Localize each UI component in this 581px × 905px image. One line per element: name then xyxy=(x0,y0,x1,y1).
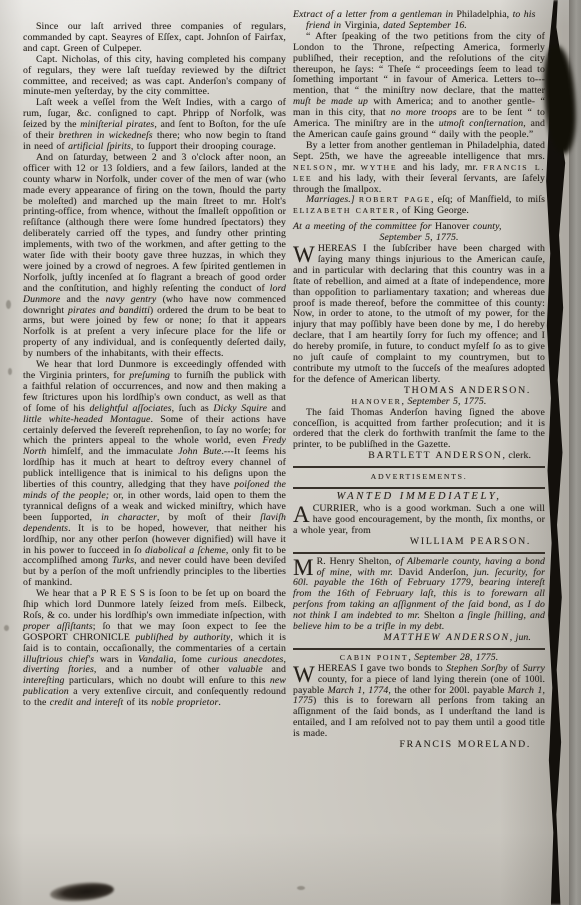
text-run: Capt. Nicholas, of this city, having com… xyxy=(23,54,286,98)
text-run: We hear that a P R E S S is ſoon to be ſ… xyxy=(23,588,286,621)
text-run: , the other for 200l. payable xyxy=(388,685,507,696)
anderson-recantation: WHEREAS I the ſubſcriber have been charg… xyxy=(293,244,545,386)
text-run: CURRIER, who is a good workman. Such a o… xyxy=(293,503,545,536)
text-run: At a meeting of the committee for xyxy=(293,221,435,232)
text-run: and his lady, mr. xyxy=(397,162,483,173)
text-run: September 5, 1775. xyxy=(379,232,458,243)
text-run: wars in xyxy=(94,654,138,665)
text-run: county, xyxy=(469,221,501,232)
text-run: artificial ſpirits xyxy=(68,141,131,152)
william-pearson-signature: WILLIAM PEARSON. xyxy=(293,537,545,548)
text-run: , to ſupport their drooping courage. xyxy=(131,141,276,152)
text-run: Vandalia xyxy=(138,654,174,665)
text-run: in character xyxy=(101,512,157,523)
text-run: And on ſaturday, between 2 and 3 o'clock… xyxy=(23,152,286,294)
text-run: no more troops xyxy=(391,107,457,118)
text-run: of xyxy=(507,663,522,674)
text-run: By a letter from another gentleman in Ph… xyxy=(293,140,545,162)
text-run: publiſhed by authority xyxy=(135,632,230,643)
text-run: valuable xyxy=(228,664,263,675)
text-run: brethren in wickedneſs xyxy=(58,130,152,141)
text-run: , by moſt of their xyxy=(157,512,260,523)
news-paragraph-regulars: Since our laſt arrived three companies o… xyxy=(23,22,286,55)
text-run: pirates and banditti xyxy=(68,305,150,316)
news-paragraph-norfolk-raid: And on ſaturday, between 2 and 3 o'clock… xyxy=(23,153,286,360)
text-run: FRANCIS MORELAND. xyxy=(400,739,532,750)
text-run: Extract of a letter from a gentleman in xyxy=(293,9,457,20)
text-run: Turks xyxy=(112,555,134,566)
text-run: HEREAS I the ſubſcriber have been charge… xyxy=(293,243,545,385)
text-run: , and a number of other xyxy=(94,664,228,675)
news-paragraph-nicholas: Capt. Nicholas, of this city, having com… xyxy=(23,55,286,99)
text-run: particulars, which no doubt will enſure … xyxy=(65,675,270,686)
text-run: March 1, 1774 xyxy=(328,685,389,696)
bartlett-anderson-signature: BARTLETT ANDERSON, clerk. xyxy=(293,451,545,462)
newspaper-page: Since our laſt arrived three companies o… xyxy=(0,0,581,905)
francis-moreland-signature: FRANCIS MORELAND. xyxy=(293,740,545,751)
letter-extract-body: “ After ſpeaking of the two petitions fr… xyxy=(293,32,545,141)
text-run: , dated September 16. xyxy=(377,20,467,31)
news-paragraph-dunmore-printers: We hear that lord Dunmore is exceedingly… xyxy=(23,360,286,589)
text-run: September 5, 1775. xyxy=(407,396,486,407)
text-run: John Bute xyxy=(178,446,221,457)
text-run: “ After ſpeaking of the two petitions fr… xyxy=(293,31,545,97)
text-run: BARTLETT ANDERSON xyxy=(368,450,502,461)
text-run: WILLIAM PEARSON. xyxy=(410,536,531,547)
text-run: noble proprietor xyxy=(151,697,218,708)
text-run: illuſtrious chief's xyxy=(23,654,94,665)
news-paragraph-vessel: Laſt week a veſſel from the Weſt Indies,… xyxy=(23,98,286,153)
text-run: diabolical a ſcheme xyxy=(145,545,226,556)
text-run: and xyxy=(267,403,286,414)
advertisements-heading: ADVERTISEMENTS. xyxy=(293,471,545,483)
paper-speck xyxy=(6,300,11,309)
advert-divider-rule-1 xyxy=(293,552,545,554)
text-run: ) this is to forewarn all perſons from t… xyxy=(293,695,545,739)
text-run: and his lady, with their ſeveral ſervant… xyxy=(293,173,545,195)
text-run: , ſuch as xyxy=(172,403,214,414)
text-run: Since our laſt arrived three companies o… xyxy=(23,21,286,54)
text-run: miniſterial pirates xyxy=(80,119,154,130)
text-run: , of King George. xyxy=(396,205,469,216)
text-run: CABIN POINT xyxy=(340,653,409,662)
letter-extract-heading: Extract of a letter from a gentleman in … xyxy=(293,10,545,32)
text-run: Hanover xyxy=(435,221,469,232)
text-run: preſuming xyxy=(129,370,170,381)
text-run: and xyxy=(263,664,286,675)
moreland-bonds-advertisement: WHEREAS I gave two bonds to Stephen Sorſ… xyxy=(293,664,545,740)
drop-cap: W xyxy=(293,244,318,264)
matthew-anderson-signature: MATTHEW ANDERSON, jun. xyxy=(293,633,545,644)
text-run: ADVERTISEMENTS. xyxy=(371,472,468,481)
text-run: Philadelphia, xyxy=(457,9,510,20)
text-run: utmoſt conſternation xyxy=(439,118,524,129)
text-run: David Anderſon, xyxy=(393,567,474,578)
drop-cap: W xyxy=(293,664,318,684)
ink-blot xyxy=(49,880,114,904)
marriages-notice: Marriages.] ROBERT PAGE, eſq; of Manſfie… xyxy=(293,195,545,217)
text-run: credit and intereſt xyxy=(50,697,124,708)
shelton-bond-advertisement: MR. Henry Shelton, of Albemarle county, … xyxy=(293,557,545,633)
drop-cap: A xyxy=(293,504,313,524)
text-run: navy gentry xyxy=(106,294,157,305)
text-run: MATTHEW ANDERSON xyxy=(383,632,509,643)
text-run: Surry xyxy=(523,663,545,674)
text-run: R. Henry Shelton, xyxy=(317,556,396,567)
text-run: himſelf, and the immaculate xyxy=(46,446,178,457)
text-run: of its xyxy=(123,697,151,708)
text-run: September 28, 1775. xyxy=(414,652,498,663)
currier-advertisement: ACURRIER, who is a good workman. Such a … xyxy=(293,504,545,537)
text-run: , ſome xyxy=(174,654,208,665)
text-run: intereſting xyxy=(23,675,65,686)
text-run: little white-headed Montague xyxy=(23,414,151,425)
text-run: delightful aſſociates xyxy=(89,403,171,414)
text-run: , eſq; of Manſfield, to miſs xyxy=(431,194,545,205)
text-run: Shelton xyxy=(420,610,459,621)
text-run: HEREAS I gave two bonds to xyxy=(318,663,446,674)
text-run: NELSON xyxy=(293,163,334,172)
text-run: and the xyxy=(60,294,105,305)
text-run: Virginia xyxy=(345,20,378,31)
text-run: Marriages.] xyxy=(306,194,355,205)
text-run: ROBERT PAGE xyxy=(359,195,431,204)
news-paragraph-gosport-press: We hear that a P R E S S is ſoon to be ſ… xyxy=(23,589,286,709)
advert-divider-rule-2 xyxy=(293,648,545,650)
text-run: proper aſſiſtants xyxy=(23,621,93,632)
drop-cap: M xyxy=(293,557,317,577)
text-run: WANTED IMMEDIATELY, xyxy=(337,491,502,502)
paper-speck xyxy=(4,625,9,631)
advertisements-top-rule xyxy=(293,466,545,468)
text-run: . xyxy=(218,697,221,708)
text-run: HANOVER xyxy=(352,397,402,406)
text-run: Dicky Squire xyxy=(213,403,267,414)
wanted-immediately-heading: WANTED IMMEDIATELY, xyxy=(293,492,545,503)
right-column: Extract of a letter from a gentleman in … xyxy=(293,8,545,751)
advertisements-bottom-rule xyxy=(293,487,545,489)
left-column: Since our laſt arrived three companies o… xyxy=(23,22,286,709)
text-run: THOMAS ANDERSON. xyxy=(404,385,531,396)
text-run: , jun. xyxy=(510,632,531,643)
text-run: Stephen Sorſby xyxy=(446,663,507,674)
text-run: , mr. xyxy=(334,162,361,173)
text-run: muſt be made up xyxy=(293,96,368,107)
paper-speck xyxy=(297,886,305,890)
text-run: ELIZABETH CARTER xyxy=(293,206,396,215)
smallpox-news-paragraph: By a letter from another gentleman in Ph… xyxy=(293,141,545,196)
text-run: , clerk. xyxy=(502,450,531,461)
text-run: The ſaid Thomas Anderſon having ſigned t… xyxy=(293,407,545,451)
acquittal-paragraph: The ſaid Thomas Anderſon having ſigned t… xyxy=(293,408,545,452)
paper-speck xyxy=(8,368,12,375)
text-run: WYTHE xyxy=(361,163,398,172)
